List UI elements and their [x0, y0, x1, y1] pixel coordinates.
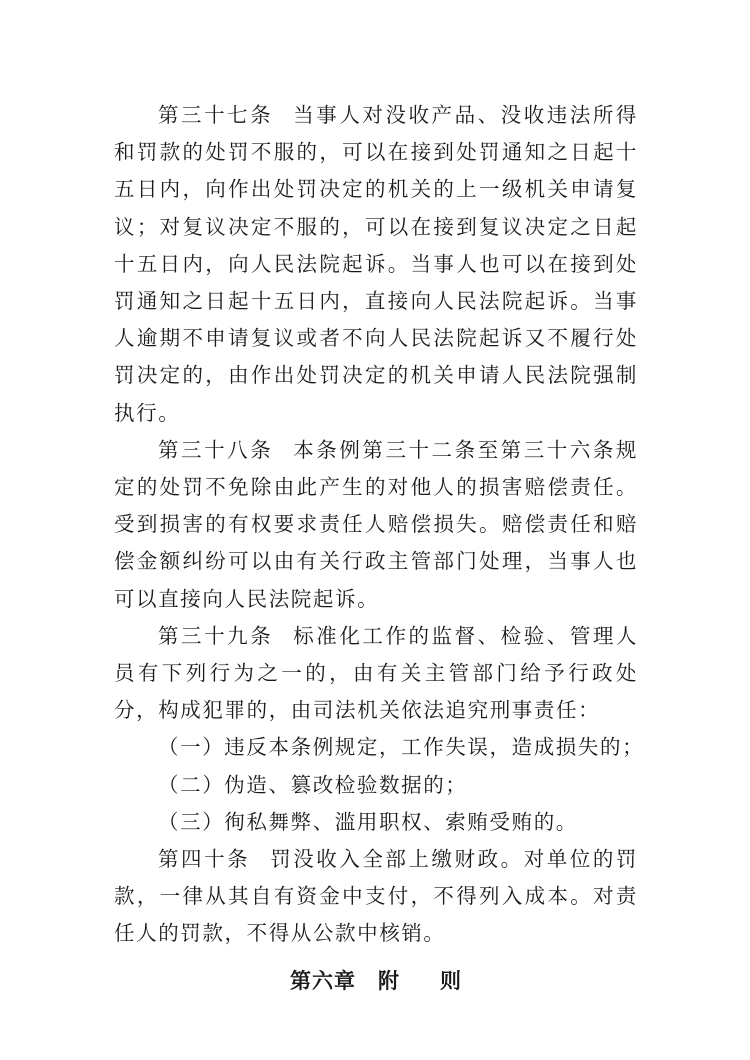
list-item: （一）违反本条例规定，工作失误，造成损失的；: [114, 729, 638, 766]
article-37: 第三十七条当事人对没收产品、没收违法所得和罚款的处罚不服的，可以在接到处罚通知之…: [114, 97, 638, 432]
article-text: 当事人对没收产品、没收违法所得和罚款的处罚不服的，可以在接到处罚通知之日起十五日…: [114, 103, 638, 425]
article-number: 第三十八条: [158, 438, 273, 462]
document-page: 第三十七条当事人对没收产品、没收违法所得和罚款的处罚不服的，可以在接到处罚通知之…: [114, 97, 638, 1000]
article-39: 第三十九条标准化工作的监督、检验、管理人员有下列行为之一的，由有关主管部门给予行…: [114, 618, 638, 730]
chapter-title-part1: 附: [378, 969, 400, 993]
list-item: （二）伪造、篡改检验数据的；: [114, 767, 638, 804]
article-38: 第三十八条本条例第三十二条至第三十六条规定的处罚不免除由此产生的对他人的损害赔偿…: [114, 432, 638, 618]
list-item: （三）徇私舞弊、滥用职权、索贿受贿的。: [114, 804, 638, 841]
chapter-title-part2: 则: [440, 969, 462, 993]
article-number: 第三十九条: [158, 624, 273, 648]
chapter-heading: 第六章附则: [114, 963, 638, 1000]
article-40: 第四十条罚没收入全部上缴财政。对单位的罚款，一律从其自有资金中支付，不得列入成本…: [114, 841, 638, 953]
article-text: 本条例第三十二条至第三十六条规定的处罚不免除由此产生的对他人的损害赔偿责任。受到…: [114, 438, 638, 611]
article-number: 第四十条: [158, 847, 250, 871]
chapter-number: 第六章: [290, 969, 356, 993]
article-number: 第三十七条: [158, 103, 273, 127]
